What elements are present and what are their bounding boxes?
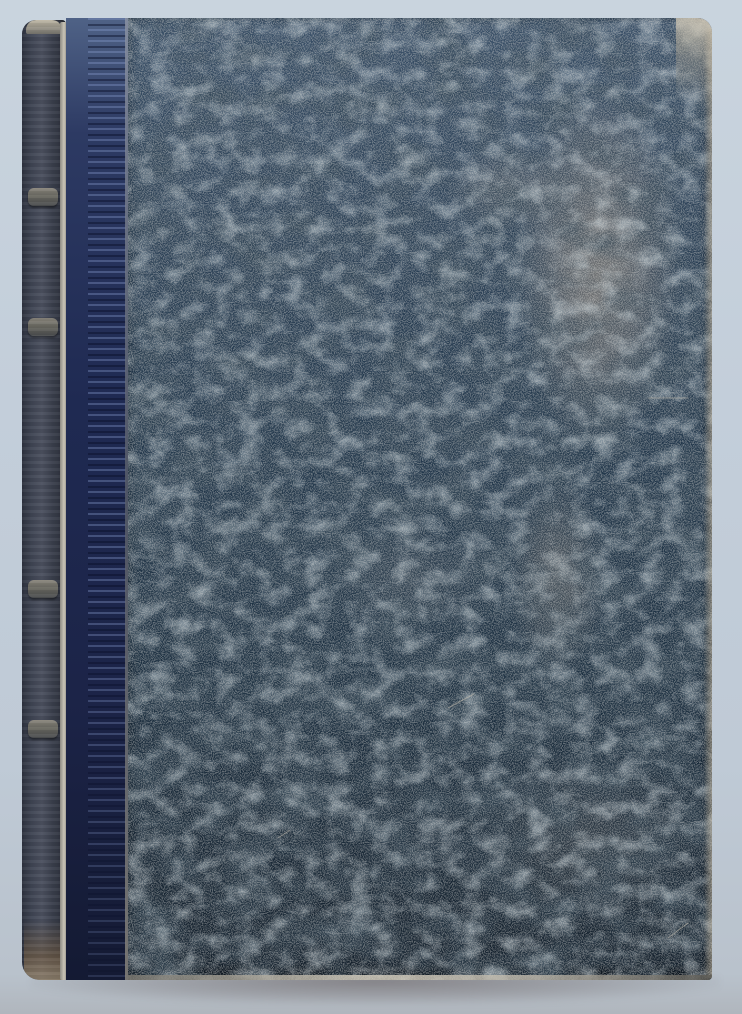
spine-raised-band (28, 720, 58, 738)
cloth-ribbed-pattern (88, 18, 126, 980)
antique-book (22, 16, 714, 984)
spine-tail-wear (24, 920, 64, 980)
photo-scene (0, 0, 742, 1014)
marbled-cover-board (128, 18, 712, 980)
spine-raised-band (28, 318, 58, 336)
marble-texture (128, 18, 712, 980)
spine-raised-band (28, 188, 58, 206)
spine-headcap (26, 20, 62, 34)
board-bottom-edge (128, 975, 712, 980)
board-fore-edge (704, 28, 712, 978)
spine-raised-band (28, 580, 58, 598)
cloth-strip (66, 18, 128, 980)
